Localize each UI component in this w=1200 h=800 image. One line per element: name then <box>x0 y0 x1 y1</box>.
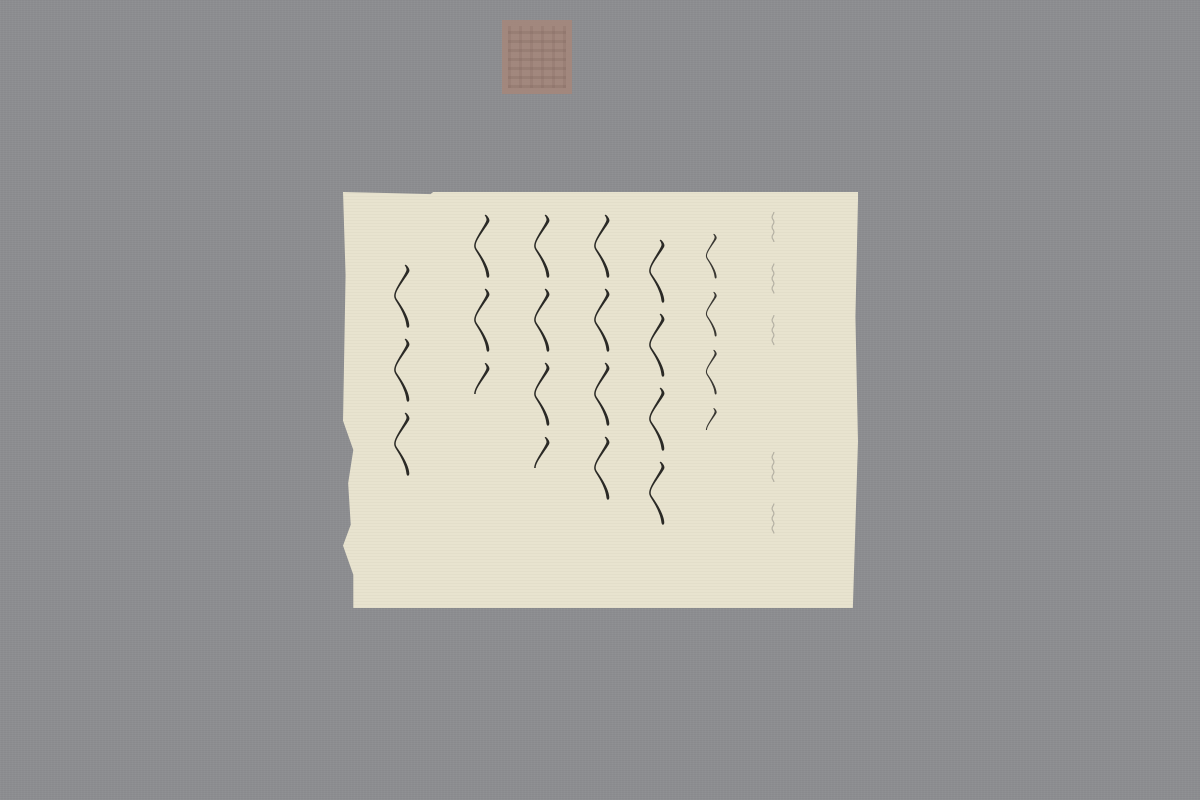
text-column-2: 〳〵〳〵〳〵〳〵 <box>638 237 672 533</box>
text-column-5: 〳〵〳〵〳 <box>463 212 497 400</box>
text-column-4: 〳〵〳〵〳〵〳 <box>523 212 557 474</box>
seal-stamp <box>502 20 572 94</box>
date-column: 〳〵〳〵〳〵 <box>383 262 417 484</box>
text-column-3: 〳〵〳〵〳〵〳〵 <box>583 212 617 508</box>
text-column-1: 〳〵〳〵〳〵〳 <box>698 232 722 440</box>
faint-address-top: ﹏ ﹏ ﹏ <box>768 212 798 351</box>
calligraphy-paper: ﹏ ﹏ ﹏ ﹏ ﹏ 〳〵〳〵〳〵〳 〳〵〳〵〳〵〳〵 〳〵〳〵〳〵〳〵 〳〵〳〵… <box>343 192 858 608</box>
faint-address-bottom: ﹏ ﹏ <box>768 452 798 540</box>
seal-pattern <box>508 26 566 88</box>
